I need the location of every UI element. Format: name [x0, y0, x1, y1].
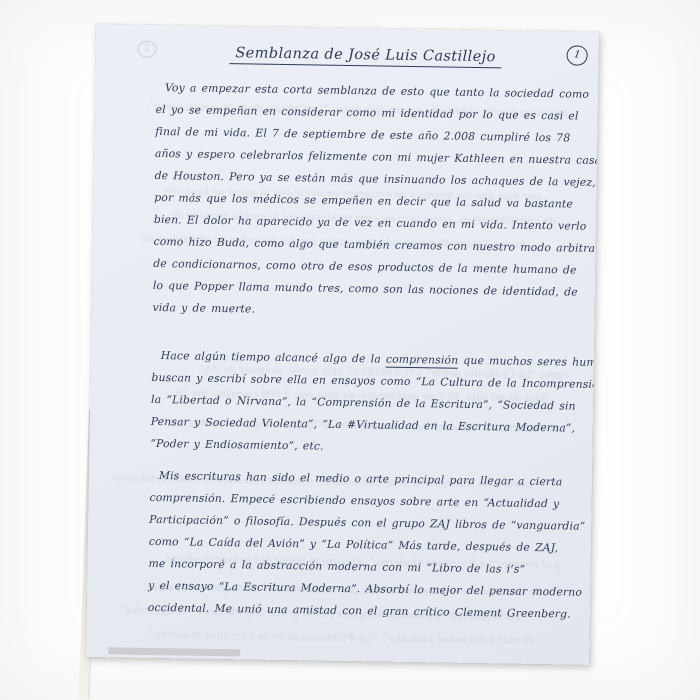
- page-title: Semblanza de José Luis Castillejo: [229, 45, 502, 68]
- line-text: que muchos seres humanos: [458, 354, 599, 370]
- paragraph-3: Mis escrituras han sido el medio o arte …: [148, 465, 568, 626]
- photo-background: buscan y escribí sobre ella en ensayos c…: [0, 0, 700, 700]
- paragraph-2: Hace algún tiempo alcancé algo de la com…: [150, 345, 570, 462]
- line-text: Hace algún tiempo alcancé algo de la: [161, 349, 386, 366]
- manuscript-page: buscan y escribí sobre ella en ensayos c…: [86, 24, 599, 665]
- paragraph-1: Voy a empezar esta corta semblanza de es…: [152, 77, 574, 326]
- bleed-through-line: Pensar y Sociedad Violenta”, “La #Virtua…: [145, 629, 534, 647]
- bleed-page-number: 2: [144, 44, 150, 54]
- underlined-word: comprensión: [386, 353, 459, 369]
- manuscript-text: Semblanza de José Luis Castillejo Voy a …: [148, 41, 575, 625]
